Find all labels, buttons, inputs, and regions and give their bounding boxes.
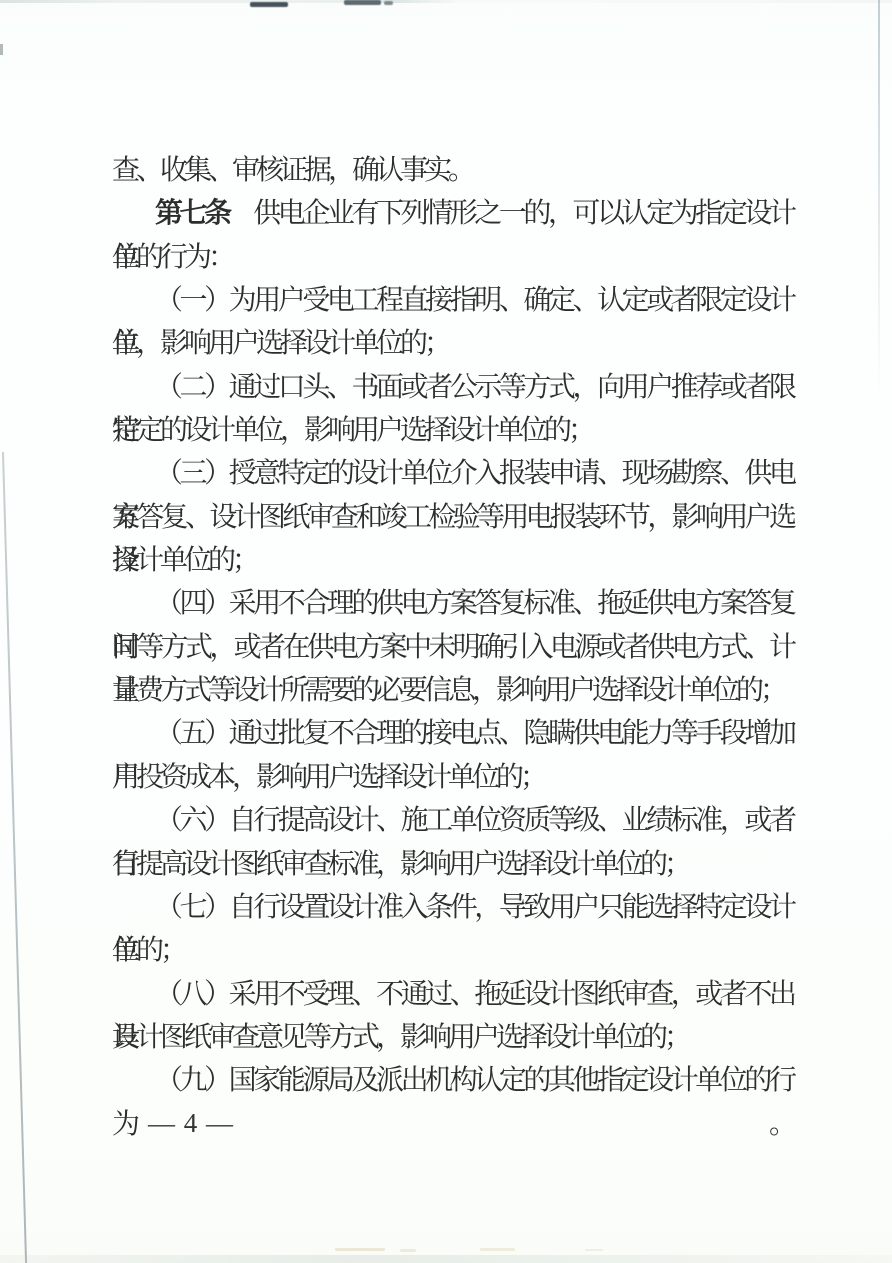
text-line: 位，影响用户选择设计单位的； xyxy=(112,322,793,365)
text-line: （六）自行提高设计、施工单位资质等级、业绩标准，或者自 xyxy=(112,799,793,842)
scan-artifact-bottom-mark-4 xyxy=(585,1249,603,1251)
scan-artifact-bottom-mark-1 xyxy=(335,1248,385,1251)
scan-artifact-bottom-mark-3 xyxy=(480,1248,515,1251)
text-line: 第七条 供电企业有下列情形之一的，可以认定为指定设计单 xyxy=(112,192,793,235)
document-body: 查、收集、审核证据，确认事实。第七条 供电企业有下列情形之一的，可以认定为指定设… xyxy=(112,149,793,1103)
page-number: — 4 — xyxy=(148,1108,234,1139)
text-line: 设计图纸审查意见等方式，影响用户选择设计单位的； xyxy=(112,1016,793,1059)
document-page: 查、收集、审核证据，确认事实。第七条 供电企业有下列情形之一的，可以认定为指定设… xyxy=(0,0,892,1263)
article-number: 第七条 xyxy=(155,198,229,229)
scan-artifact-page-edge-line xyxy=(2,452,27,1263)
scan-artifact-top-mark-2 xyxy=(344,0,381,5)
text-line: 计费方式等设计所需要的必要信息，影响用户选择设计单位的； xyxy=(112,669,793,712)
scan-artifact-left-dash xyxy=(0,44,3,55)
text-line: （二）通过口头、书面或者公示等方式，向用户推荐或者限定 xyxy=(112,366,793,409)
text-line: （三）授意特定的设计单位介入报装申请、现场勘察、供电方 xyxy=(112,452,793,495)
scan-artifact-top-mark-3 xyxy=(384,1,393,5)
scanned-page: { "page": { "number_label": "— 4 —" }, "… xyxy=(0,0,892,1263)
scan-artifact-right-edge-line xyxy=(878,0,880,400)
scan-artifact-bottom-edge xyxy=(0,1255,892,1263)
scan-artifact-top-mark-1 xyxy=(250,2,288,7)
text-line: （四）采用不合理的供电方案答复标准、拖延供电方案答复时 xyxy=(112,582,793,625)
text-line: （七）自行设置设计准入条件，导致用户只能选择特定设计单 xyxy=(112,886,793,929)
text-line: 特定的设计单位，影响用户选择设计单位的； xyxy=(112,409,793,452)
scan-artifact-top-edge xyxy=(0,0,892,3)
text-line: 查、收集、审核证据，确认事实。 xyxy=(112,149,793,192)
text-line: （一）为用户受电工程直接指明、确定、认定或者限定设计单 xyxy=(112,279,793,322)
text-line: （八）采用不受理、不通过、拖延设计图纸审查，或者不出具 xyxy=(112,973,793,1016)
text-line: （五）通过批复不合理的接电点、隐瞒供电能力等手段增加用 xyxy=(112,712,793,755)
text-line: 位的； xyxy=(112,929,793,972)
text-line: 案答复、设计图纸审查和竣工检验等用电报装环节，影响用户选择 xyxy=(112,496,793,539)
text-line: 行提高设计图纸审查标准，影响用户选择设计单位的； xyxy=(112,843,793,886)
text-line: 户投资成本，影响用户选择设计单位的； xyxy=(112,756,793,799)
text-line: 间等方式，或者在供电方案中未明确引入电源或者供电方式、计量 xyxy=(112,626,793,669)
scan-artifact-bottom-mark-2 xyxy=(400,1249,416,1252)
text-line: （九）国家能源局及派出机构认定的其他指定设计单位的行为。 xyxy=(112,1059,793,1102)
text-line: 设计单位的； xyxy=(112,539,793,582)
text-line: 位的行为： xyxy=(112,236,793,279)
